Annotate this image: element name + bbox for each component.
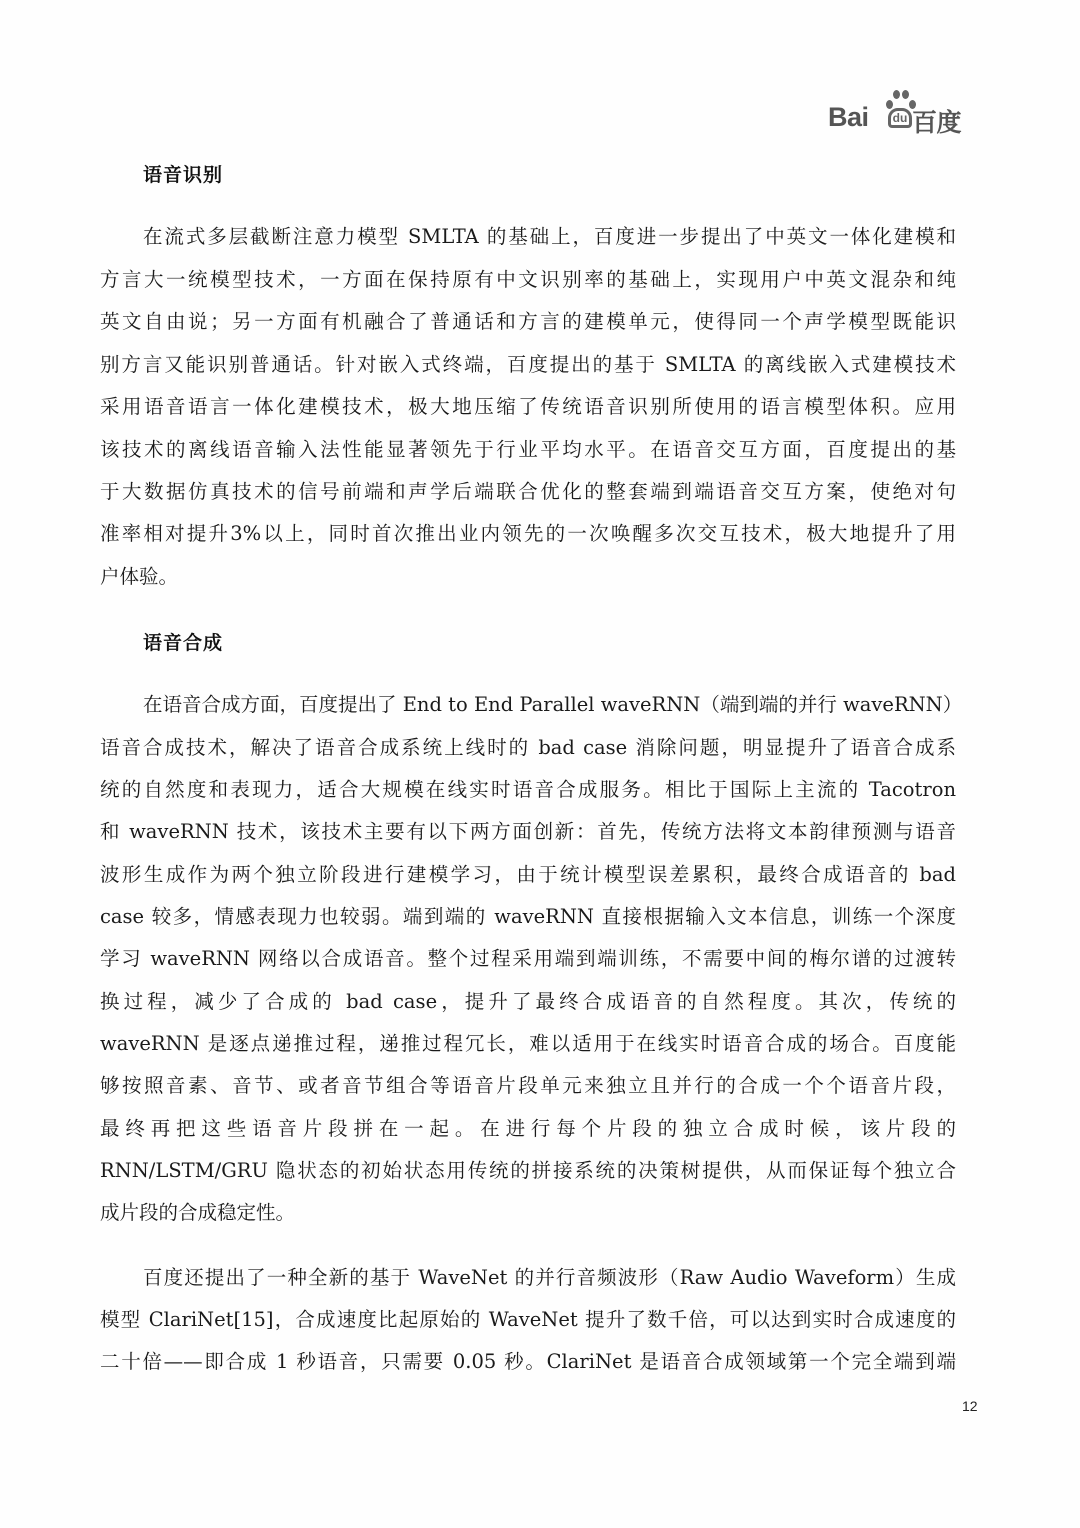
text-line: 波形生成作为两个独立阶段进行建模学习，由于统计模型误差累积，最终合成语音的 ba… <box>100 862 956 888</box>
text-line: 成片段的合成稳定性。 <box>100 1200 956 1226</box>
text-line: 在语音合成方面，百度提出了 End to End Parallel waveRN… <box>143 692 956 718</box>
section-heading-speech-recognition: 语音识别 <box>143 160 223 187</box>
text-line: 百度还提出了一种全新的基于 WaveNet 的并行音频波形（Raw Audio … <box>143 1265 956 1291</box>
text-line: 别方言又能识别普通话。针对嵌入式终端，百度提出的基于 SMLTA 的离线嵌入式建… <box>100 352 956 378</box>
text-line: 准率相对提升3%以上，同时首次推出业内领先的一次唤醒多次交互技术，极大地提升了用 <box>100 521 956 547</box>
page-number: 12 <box>962 1398 978 1414</box>
text-line: 户体验。 <box>100 564 956 590</box>
text-line: 二十倍——即合成 1 秒语音，只需要 0.05 秒。ClariNet 是语音合成… <box>100 1349 956 1375</box>
text-line: 模型 ClariNet[15]，合成速度比起原始的 WaveNet 提升了数千倍… <box>100 1307 956 1333</box>
text-line: 最终再把这些语音片段拼在一起。在进行每个片段的独立合成时候，该片段的 <box>100 1116 956 1142</box>
text-line: 够按照音素、音节、或者音节组合等语音片段单元来独立且并行的合成一个个语音片段， <box>100 1073 956 1099</box>
text-line: 于大数据仿真技术的信号前端和声学后端联合优化的整套端到端语音交互方案，使绝对句 <box>100 479 956 505</box>
text-line: waveRNN 是逐点递推过程，递推过程冗长，难以适用于在线实时语音合成的场合。… <box>100 1031 956 1057</box>
text-line: 采用语音语言一体化建模技术，极大地压缩了传统语音识别所使用的语言模型体积。应用 <box>100 394 956 420</box>
text-line: 语音合成技术，解决了语音合成系统上线时的 bad case 消除问题，明显提升了… <box>100 735 956 761</box>
text-line: 统的自然度和表现力，适合大规模在线实时语音合成服务。相比于国际上主流的 Taco… <box>100 777 956 803</box>
text-line: 和 waveRNN 技术，该技术主要有以下两方面创新：首先，传统方法将文本韵律预… <box>100 819 956 845</box>
text-line: 学习 waveRNN 网络以合成语音。整个过程采用端到端训练，不需要中间的梅尔谱… <box>100 946 956 972</box>
text-line: 换过程，减少了合成的 bad case，提升了最终合成语音的自然程度。其次，传统… <box>100 989 956 1015</box>
text-line: 在流式多层截断注意力模型 SMLTA 的基础上，百度进一步提出了中英文一体化建模… <box>143 224 956 250</box>
document-page: Bai du 百度 语音识别 在流式多层截断注意力模型 SMLTA 的基础上，百… <box>0 0 1080 1528</box>
baidu-logo: Bai du 百度 <box>826 86 966 136</box>
logo-chinese-text: 百度 <box>912 103 961 139</box>
text-line: 方言大一统模型技术，一方面在保持原有中文识别率的基础上，实现用户中英文混杂和纯 <box>100 267 956 293</box>
logo-du-text: du <box>888 108 912 128</box>
text-line: case 较多，情感表现力也较弱。端到端的 waveRNN 直接根据输入文本信息… <box>100 904 956 930</box>
text-line: 该技术的离线语音输入法性能显著领先于行业平均水平。在语音交互方面，百度提出的基 <box>100 437 956 463</box>
text-line: 英文自由说；另一方面有机融合了普通话和方言的建模单元，使得同一个声学模型既能识 <box>100 309 956 335</box>
text-line: RNN/LSTM/GRU 隐状态的初始状态用传统的拼接系统的决策树提供，从而保证… <box>100 1158 956 1184</box>
logo-latin-text: Bai <box>828 102 869 133</box>
section-heading-speech-synthesis: 语音合成 <box>143 628 223 655</box>
